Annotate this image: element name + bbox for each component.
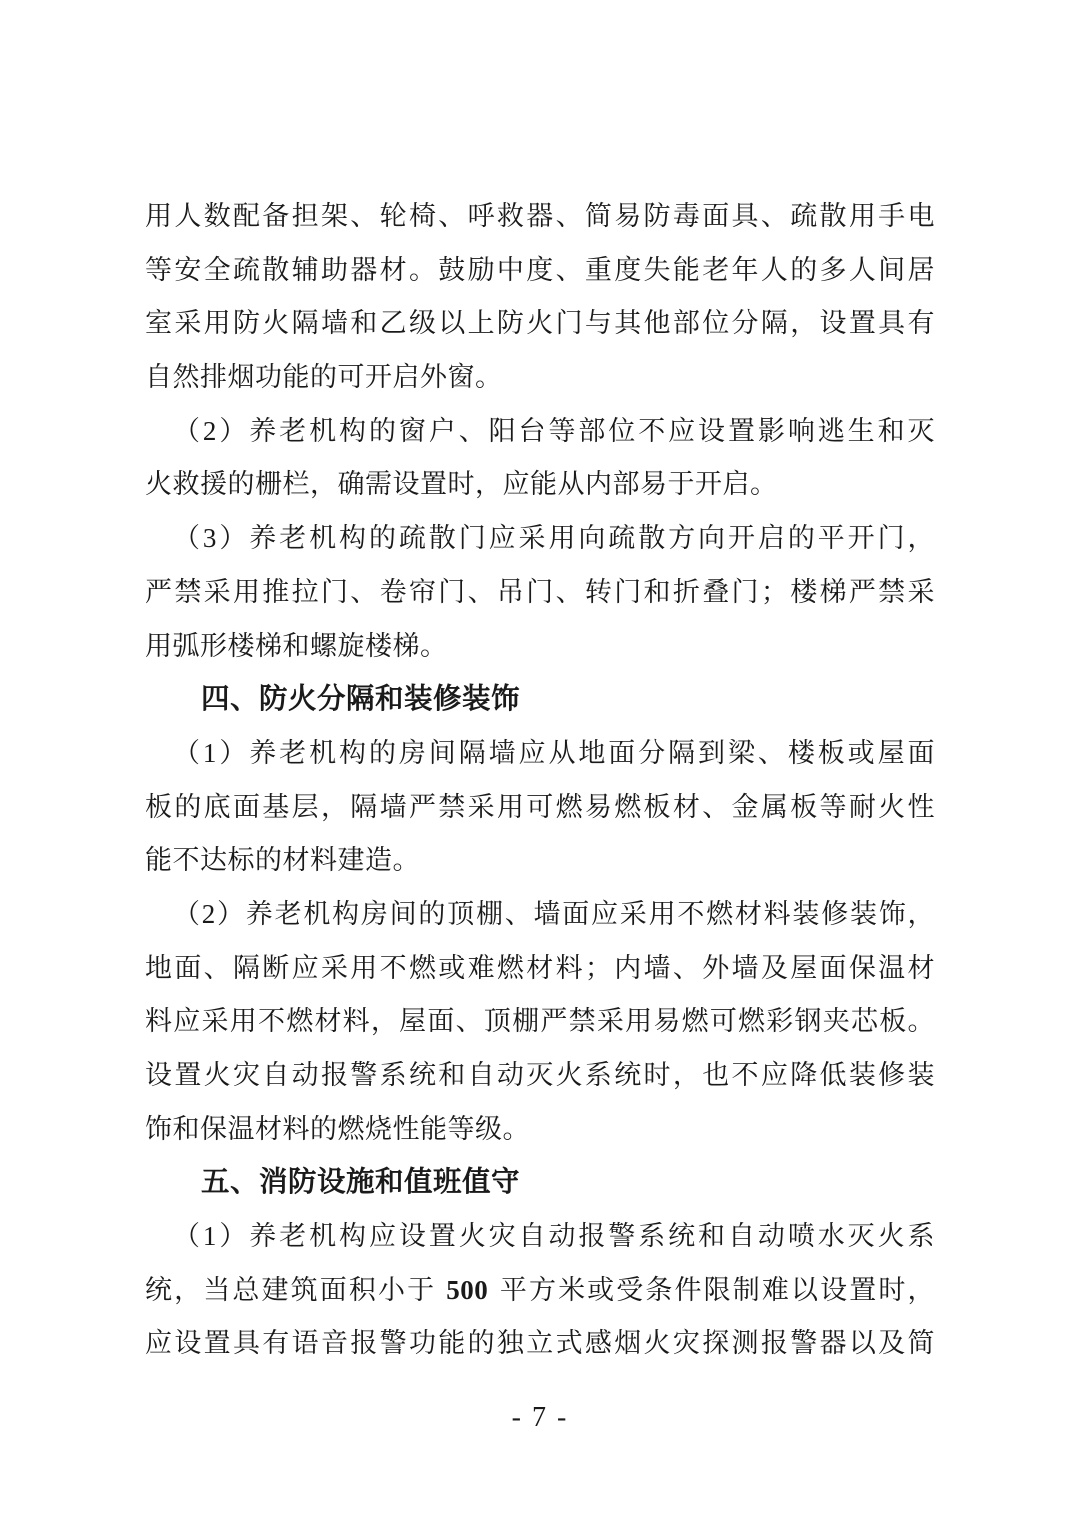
body-line: 自然排烟功能的可开启外窗。 xyxy=(145,351,935,405)
body-line: 严禁采用推拉门、卷帘门、吊门、转门和折叠门；楼梯严禁采 xyxy=(145,566,935,620)
paragraph-start-line: （1）养老机构的房间隔墙应从地面分隔到梁、楼板或屋面 xyxy=(145,727,935,781)
paragraph-start-line: （2）养老机构房间的顶棚、墙面应采用不燃材料装修装饰， xyxy=(145,888,935,942)
body-line: 板的底面基层，隔墙严禁采用可燃易燃板材、金属板等耐火性 xyxy=(145,781,935,835)
body-line: 室采用防火隔墙和乙级以上防火门与其他部位分隔，设置具有 xyxy=(145,297,935,351)
body-line: 应设置具有语音报警功能的独立式感烟火灾探测报警器以及简 xyxy=(145,1317,935,1371)
document-page: { "page": { "background": "#ffffff", "te… xyxy=(0,0,1080,1528)
body-line: 等安全疏散辅助器材。鼓励中度、重度失能老年人的多人间居 xyxy=(145,244,935,298)
text-block: 用人数配备担架、轮椅、呼救器、简易防毒面具、疏散用手电 等安全疏散辅助器材。鼓励… xyxy=(145,190,935,1371)
body-line: 火救援的栅栏，确需设置时，应能从内部易于开启。 xyxy=(145,458,935,512)
paragraph-start-line: （1）养老机构应设置火灾自动报警系统和自动喷水灭火系 xyxy=(145,1210,935,1264)
area-number: 500 xyxy=(446,1275,488,1305)
paragraph-start-line: （2）养老机构的窗户、阳台等部位不应设置影响逃生和灭 xyxy=(145,405,935,459)
body-line: 用人数配备担架、轮椅、呼救器、简易防毒面具、疏散用手电 xyxy=(145,190,935,244)
body-line-with-number: 统，当总建筑面积小于500平方米或受条件限制难以设置时， xyxy=(145,1264,935,1318)
body-text-pre: 统，当总建筑面积小于 xyxy=(145,1275,436,1305)
body-line: 料应采用不燃材料，屋面、顶棚严禁采用易燃可燃彩钢夹芯板。 xyxy=(145,995,935,1049)
section-heading-5: 五、消防设施和值班值守 xyxy=(145,1156,935,1210)
body-line: 地面、隔断应采用不燃或难燃材料；内墙、外墙及屋面保温材 xyxy=(145,942,935,996)
body-line: 设置火灾自动报警系统和自动灭火系统时，也不应降低装修装 xyxy=(145,1049,935,1103)
page-number: - 7 - xyxy=(0,1398,1080,1438)
body-line: 饰和保温材料的燃烧性能等级。 xyxy=(145,1103,935,1157)
paragraph-start-line: （3）养老机构的疏散门应采用向疏散方向开启的平开门， xyxy=(145,512,935,566)
body-line: 用弧形楼梯和螺旋楼梯。 xyxy=(145,620,935,674)
body-text-post: 平方米或受条件限制难以设置时， xyxy=(498,1275,935,1305)
section-heading-4: 四、防火分隔和装修装饰 xyxy=(145,673,935,727)
body-line: 能不达标的材料建造。 xyxy=(145,834,935,888)
